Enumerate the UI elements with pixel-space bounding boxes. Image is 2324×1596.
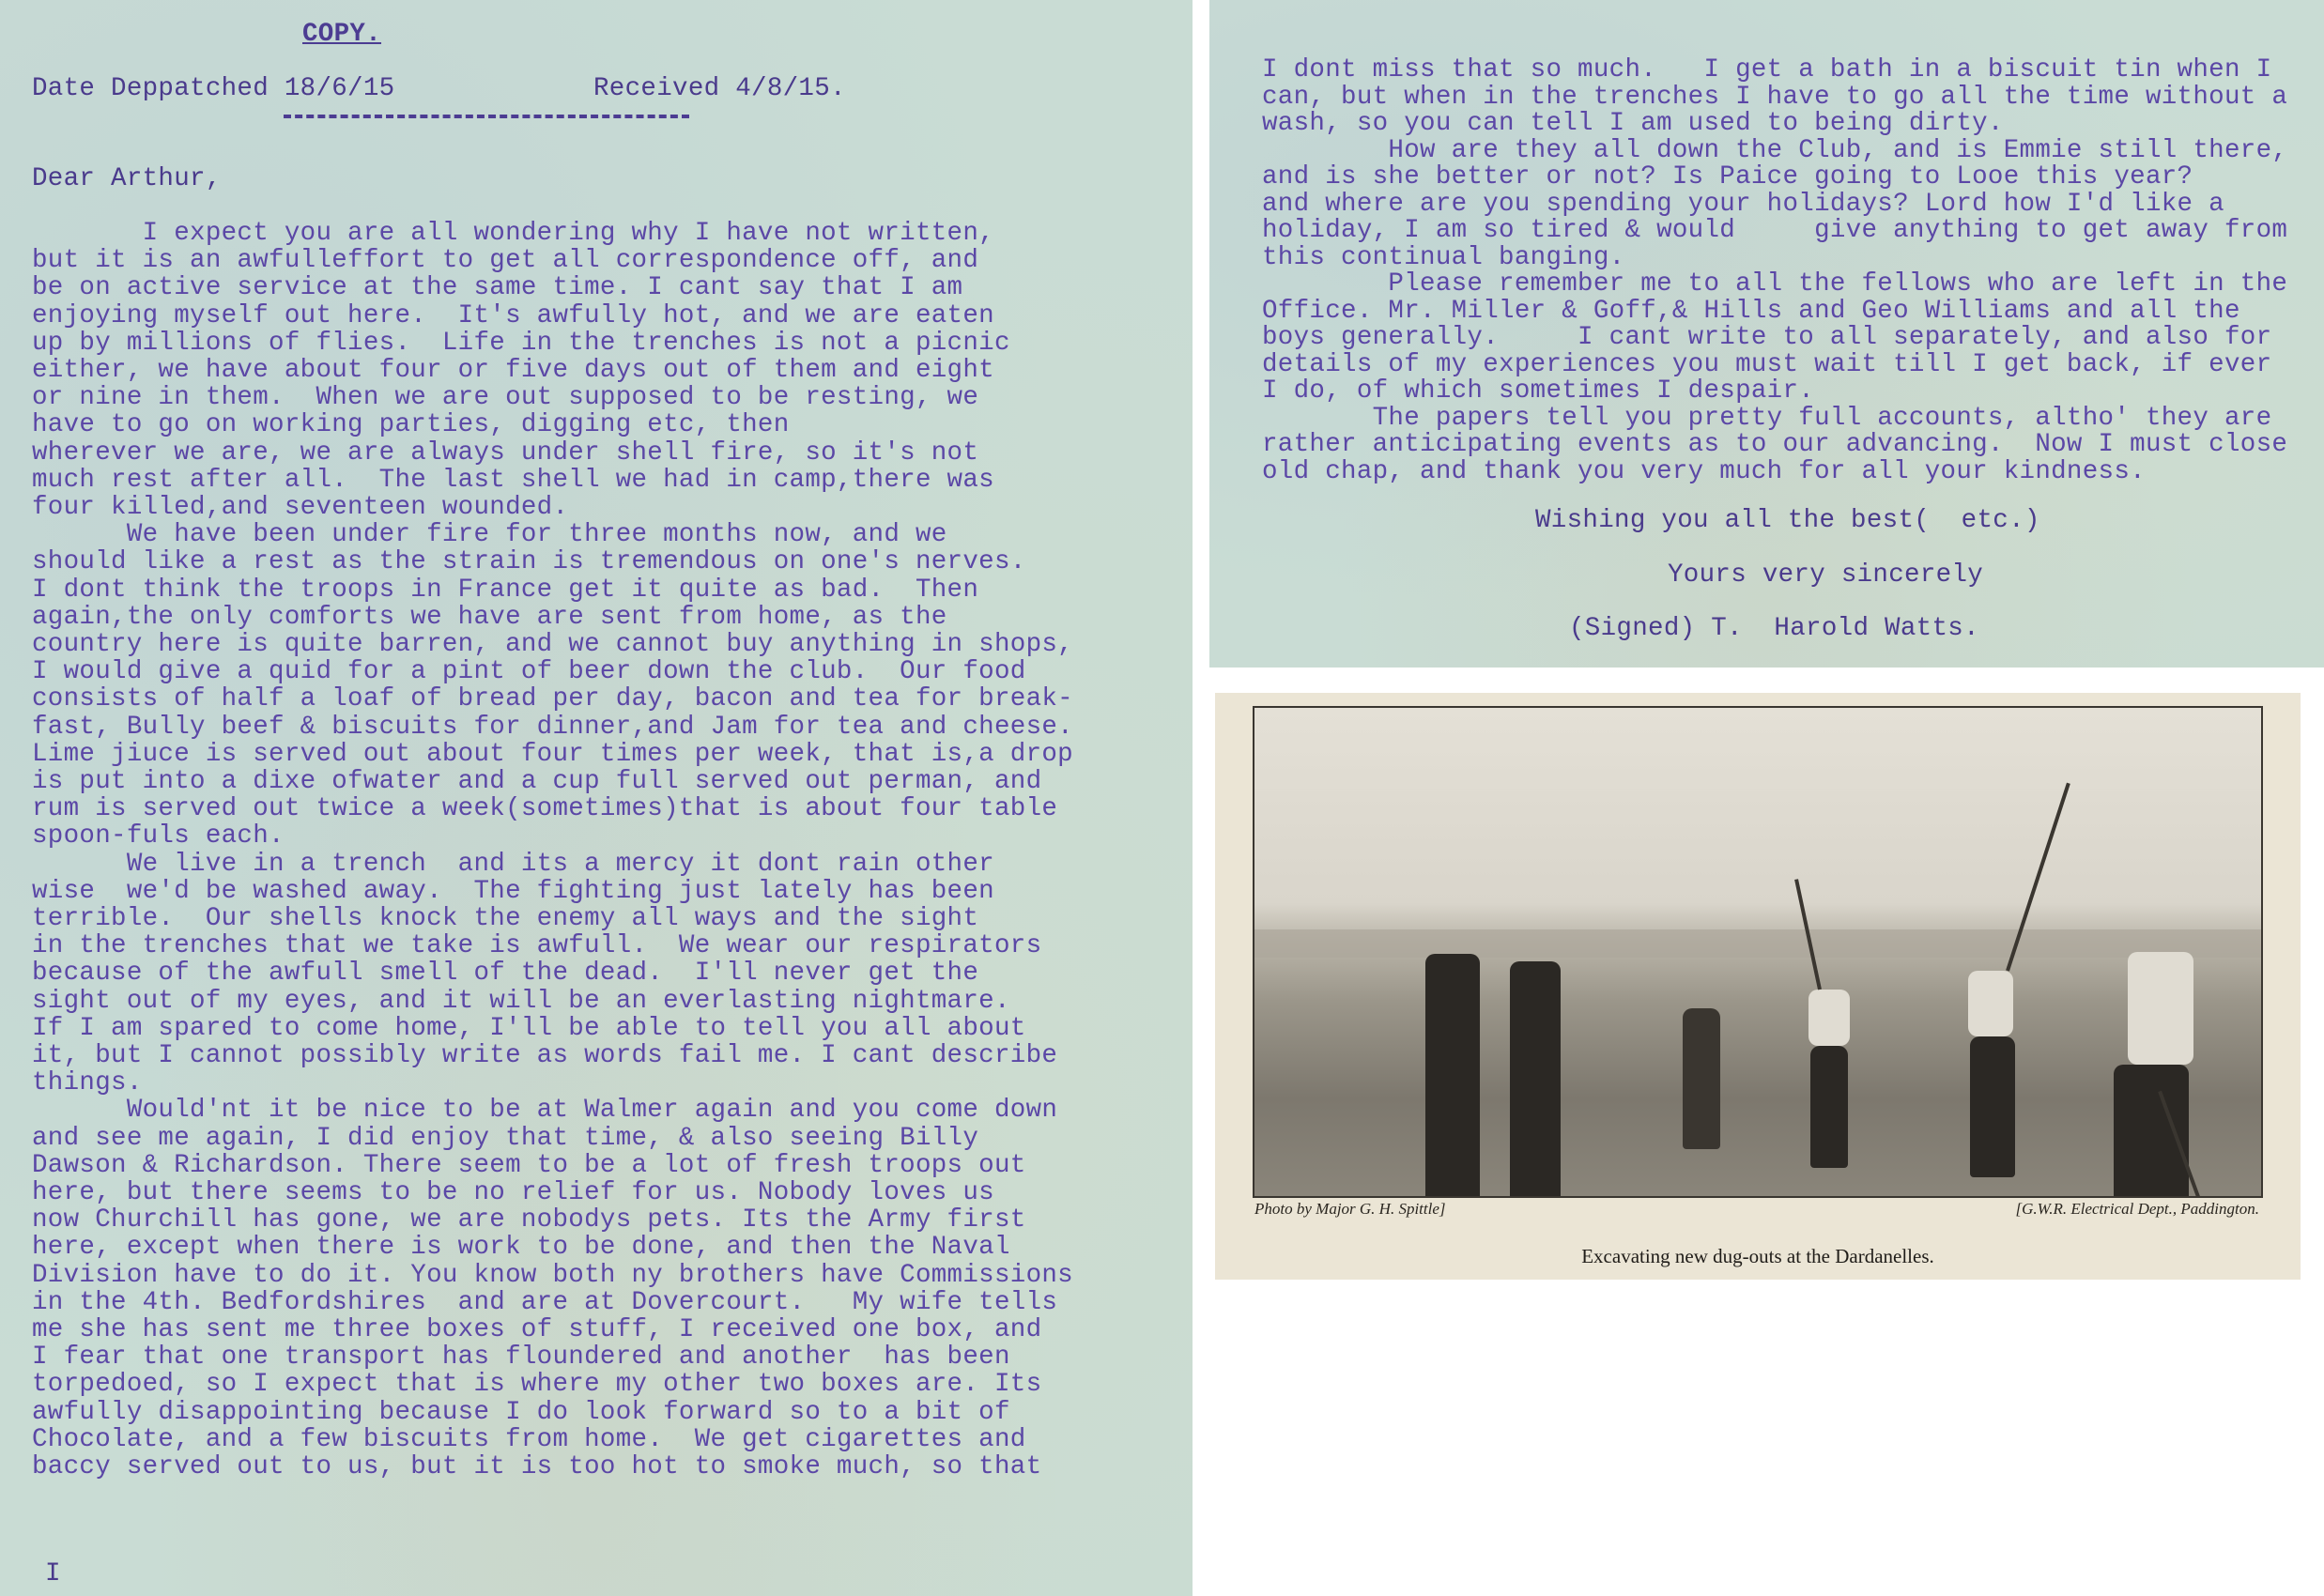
typed-line: Dawson & Richardson. There seem to be a … — [32, 1152, 1026, 1180]
typed-line: be on active service at the same time. I… — [32, 274, 962, 302]
typed-line: can, but when in the trenches I have to … — [1262, 84, 2287, 112]
copy-heading: COPY. — [302, 21, 381, 49]
typed-line: or nine in them. When we are out suppose… — [32, 384, 978, 412]
typed-line: this continual banging. — [1262, 244, 1624, 272]
signature: (Signed) T. Harold Watts. — [1569, 615, 1979, 643]
sign-off: Yours very sincerely — [1668, 561, 1983, 590]
typed-line: country here is quite barren, and we can… — [32, 631, 1073, 659]
typed-line: I dont miss that so much. I get a bath i… — [1262, 56, 2271, 84]
typed-line: again,the only comforts we have are sent… — [32, 604, 947, 632]
typed-line: How are they all down the Club, and is E… — [1262, 137, 2287, 165]
typed-line: here, except when there is work to be do… — [32, 1234, 1010, 1262]
typed-line: have to go on working parties, digging e… — [32, 411, 805, 439]
typed-line: either, we have about four or five days … — [32, 357, 994, 385]
typed-line: it, but I cannot possibly write as words… — [32, 1042, 1057, 1070]
typed-line: holiday, I am so tired & would give anyt… — [1262, 217, 2287, 245]
typed-line: baccy served out to us, but it is too ho… — [32, 1453, 1041, 1481]
date-despatched: Date Deppatched 18/6/15 — [32, 75, 394, 103]
dashed-rule — [284, 115, 689, 118]
typed-line: details of my experiences you must wait … — [1262, 351, 2271, 379]
typed-line: here, but there seems to be no relief fo… — [32, 1179, 994, 1207]
typed-line: now Churchill has gone, we are nobodys p… — [32, 1206, 1026, 1235]
salutation: Dear Arthur, — [32, 165, 222, 193]
typed-line: but it is an awfulleffort to get all cor… — [32, 247, 978, 275]
typed-line: in the 4th. Bedfordshires and are at Dov… — [32, 1289, 1057, 1317]
typed-line: Please remember me to all the fellows wh… — [1262, 270, 2287, 299]
letter-page-left: COPY. Date Deppatched 18/6/15 Received 4… — [0, 0, 1193, 1596]
typed-line: much rest after all. The last shell we h… — [32, 467, 994, 495]
typed-line: four killed,and seventeen wounded. — [32, 494, 568, 522]
photo-digger-shirt — [1968, 971, 2013, 1036]
typed-line: I do, of which sometimes I despair. — [1262, 377, 1814, 406]
typed-line: We have been under fire for three months… — [32, 521, 947, 549]
typed-line: and is she better or not? Is Paice going… — [1262, 163, 2193, 192]
typed-line: consists of half a loaf of bread per day… — [32, 685, 1073, 714]
photo-digger — [1683, 1008, 1720, 1149]
typed-line: me she has sent me three boxes of stuff,… — [32, 1316, 1041, 1344]
photo-officer-2 — [1510, 961, 1561, 1198]
page-mark: I — [45, 1560, 61, 1588]
typed-line: things. — [32, 1069, 143, 1097]
typed-line: enjoying myself out here. It's awfully h… — [32, 302, 994, 330]
typed-line: wash, so you can tell I am used to being… — [1262, 110, 2004, 138]
typed-line: Division have to do it. You know both ny… — [32, 1262, 1073, 1290]
typed-line: sight out of my eyes, and it will be an … — [32, 988, 1010, 1016]
photo-digger — [1970, 1036, 2015, 1177]
typed-line: Lime jiuce is served out about four time… — [32, 741, 1073, 769]
photo-credit-right: [G.W.R. Electrical Dept., Paddington. — [2015, 1200, 2259, 1219]
typed-line: terrible. Our shells knock the enemy all… — [32, 905, 978, 933]
dardanelles-photo — [1253, 706, 2263, 1198]
photo-digger — [2114, 1065, 2189, 1198]
photo-caption: Excavating new dug-outs at the Dardanell… — [1215, 1245, 2301, 1268]
typed-line: rum is served out twice a week(sometimes… — [32, 795, 1057, 823]
typed-line: I would give a quid for a pint of beer d… — [32, 658, 1026, 686]
typed-line: awfully disappointing because I do look … — [32, 1399, 1010, 1427]
typed-line: rather anticipating events as to our adv… — [1262, 431, 2287, 459]
typed-line: torpedoed, so I expect that is where my … — [32, 1371, 1041, 1399]
photo-digger — [1810, 1046, 1848, 1168]
photo-card: Photo by Major G. H. Spittle] [G.W.R. El… — [1215, 693, 2301, 1280]
photo-digger-shirt — [2128, 952, 2193, 1065]
typed-line: Office. Mr. Miller & Goff,& Hills and Ge… — [1262, 298, 2240, 326]
typed-line: wise we'd be washed away. The fighting j… — [32, 878, 994, 906]
typed-line: spoon-fuls each. — [32, 822, 285, 851]
typed-line: fast, Bully beef & biscuits for dinner,a… — [32, 714, 1073, 742]
typed-line: should like a rest as the strain is trem… — [32, 548, 1026, 576]
typed-line: in the trenches that we take is awfull. … — [32, 932, 1041, 960]
typed-line: and see me again, I did enjoy that time,… — [32, 1125, 978, 1153]
typed-line: Chocolate, and a few biscuits from home.… — [32, 1426, 1026, 1454]
typed-line: old chap, and thank you very much for al… — [1262, 458, 2146, 486]
typed-line: I expect you are all wondering why I hav… — [32, 220, 994, 248]
closing-line: Wishing you all the best( etc.) — [1535, 507, 2040, 535]
typed-line: and where are you spending your holidays… — [1262, 191, 2224, 219]
photo-digger-shirt — [1808, 990, 1850, 1046]
photo-horizon — [1254, 929, 2261, 958]
typed-line: is put into a dixe ofwater and a cup ful… — [32, 768, 1041, 796]
date-received: Received 4/8/15. — [593, 75, 846, 103]
typed-line: boys generally. I cant write to all sepa… — [1262, 324, 2271, 352]
typed-line: I dont think the troops in France get it… — [32, 576, 978, 605]
typed-line: wherever we are, we are always under she… — [32, 439, 978, 468]
typed-line: We live in a trench and its a mercy it d… — [32, 851, 994, 879]
letter-page-right: I dont miss that so much. I get a bath i… — [1209, 0, 2324, 668]
typed-line: because of the awfull smell of the dead.… — [32, 959, 978, 988]
typed-line: Would'nt it be nice to be at Walmer agai… — [32, 1097, 1057, 1125]
typed-line: If I am spared to come home, I'll be abl… — [32, 1015, 1026, 1043]
photo-officer-1 — [1425, 954, 1480, 1198]
typed-line: I fear that one transport has floundered… — [32, 1343, 1010, 1372]
typed-line: The papers tell you pretty full accounts… — [1262, 405, 2271, 433]
photo-credit-left: Photo by Major G. H. Spittle] — [1254, 1200, 1446, 1219]
typed-line: up by millions of flies. Life in the tre… — [32, 330, 1010, 358]
